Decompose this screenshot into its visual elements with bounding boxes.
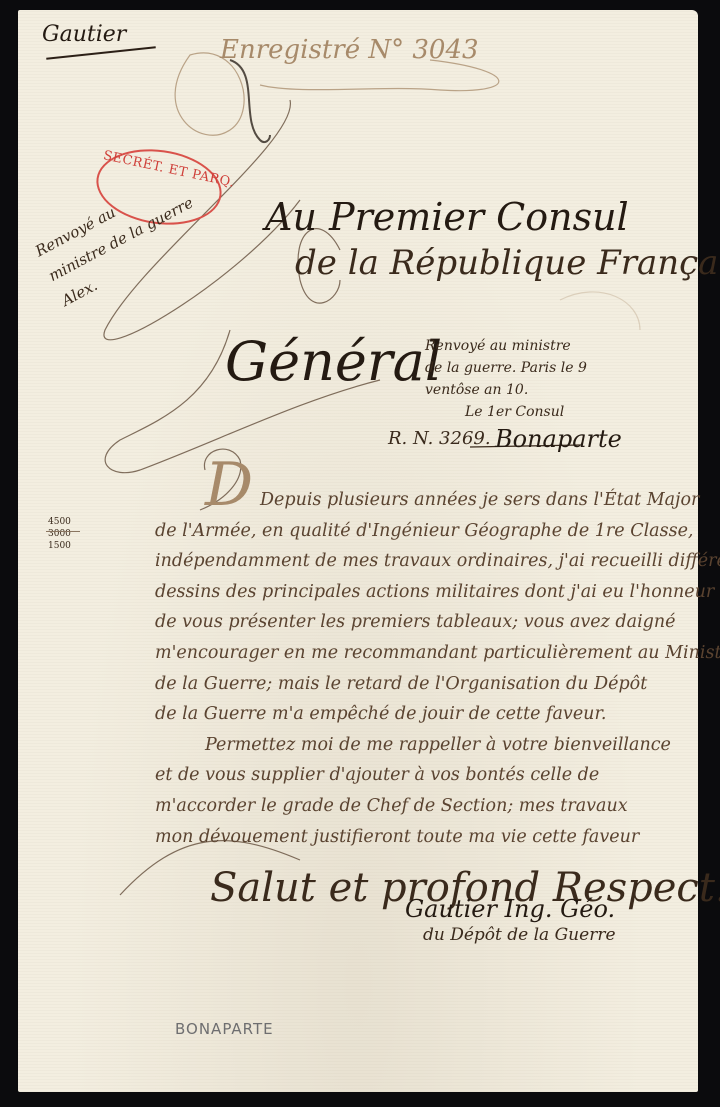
registration-number: Enregistré N° 3043 [220, 35, 479, 65]
address-line-2: de la République Française [295, 243, 720, 283]
body-line: et de vous supplier d'ajouter à vos bont… [110, 760, 700, 791]
body-line: Permettez moi de me rappeller à votre bi… [110, 730, 700, 761]
annotation-line: Le 1er Consul [425, 404, 564, 420]
author-signature: Gautier Ing. Géo. [405, 895, 615, 923]
body-line: indépendamment de mes travaux ordinaires… [110, 546, 700, 577]
author-title: du Dépôt de la Guerre [423, 925, 616, 945]
annotation-line: de la guerre. Paris le 9 [425, 360, 587, 376]
calc-value: 4500 [48, 517, 71, 527]
pencil-archive-note: BONAPARTE [175, 1020, 274, 1038]
body-line: de vous présenter les premiers tableaux;… [110, 607, 700, 638]
annotation-line: Renvoyé au ministre [425, 338, 571, 354]
body-line: Depuis plusieurs années je sers dans l'É… [110, 485, 700, 516]
body-line: de la Guerre; mais le retard de l'Organi… [110, 669, 700, 700]
calc-divider [46, 531, 80, 532]
body-line: m'encourager en me recommandant particul… [110, 638, 700, 669]
body-line: mon dévouement justifieront toute ma vie… [110, 822, 700, 853]
calc-value: 1500 [48, 541, 71, 551]
letter-body: Depuis plusieurs années je sers dans l'É… [110, 485, 700, 852]
address-line-1: Au Premier Consul [265, 195, 629, 239]
salutation: Général [225, 330, 442, 393]
archive-name-tag: Gautier [42, 22, 126, 47]
body-line: m'accorder le grade de Chef de Section; … [110, 791, 700, 822]
consul-signature: Bonaparte [495, 425, 622, 453]
body-line: dessins des principales actions militair… [110, 577, 700, 608]
margin-calculation: 4500 3000 1500 [48, 516, 71, 552]
annotation-line: ventôse an 10. [425, 382, 528, 398]
body-line: de la Guerre m'a empêché de jouir de cet… [110, 699, 700, 730]
consul-annotation: Renvoyé au ministre de la guerre. Paris … [425, 335, 587, 423]
body-line: de l'Armée, en qualité d'Ingénieur Géogr… [110, 516, 700, 547]
register-number: R. N. 3269. [388, 428, 491, 449]
